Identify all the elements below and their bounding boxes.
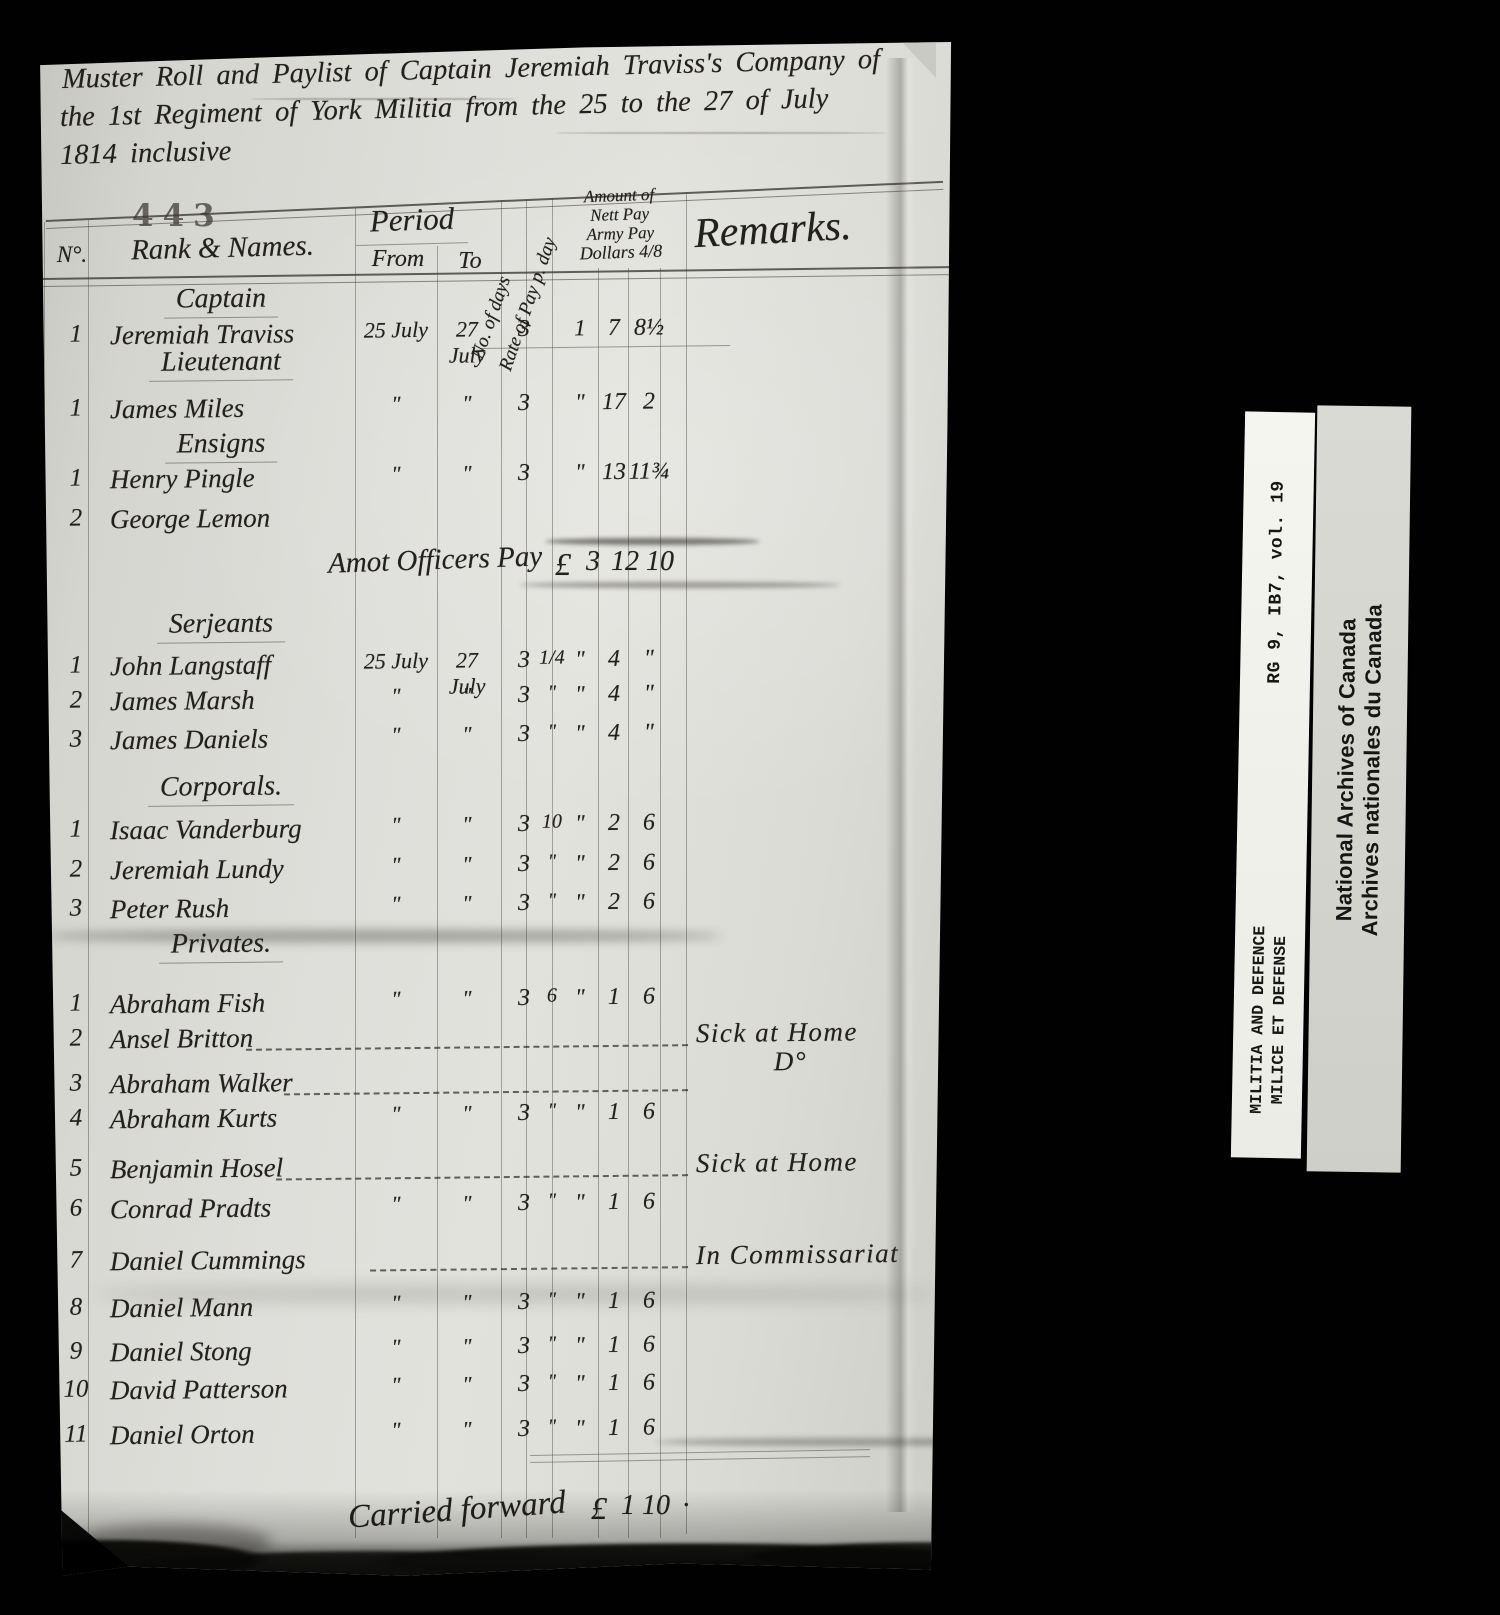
ink-smudge — [545, 538, 760, 545]
row-period-to: " — [435, 721, 499, 748]
row-name: George Lemon — [110, 501, 380, 535]
ink-smudge — [520, 582, 840, 588]
row-period-to: " — [435, 682, 499, 709]
row-amount-pence: 6 — [628, 1098, 670, 1125]
muster-row: 3James Daniels""3""4" — [36, 716, 952, 766]
row-number: 9 — [50, 1337, 102, 1366]
row-name: Isaac Vanderburg — [110, 812, 380, 846]
column-header-rank-names: Rank & Names. — [110, 229, 336, 268]
muster-row: 7Daniel CummingsIn Commissariat — [36, 1237, 952, 1287]
row-name: Daniel Orton — [110, 1417, 380, 1451]
officers-total-pence: 10 — [642, 546, 678, 578]
document-page: Muster Roll and Paylist of Captain Jerem… — [36, 42, 952, 1582]
column-header-from: From — [360, 246, 436, 273]
row-amount-pence: " — [628, 645, 670, 672]
row-amount-shillings: 4 — [596, 646, 632, 673]
row-amount-pence: 6 — [628, 809, 670, 836]
row-amount-pounds: " — [560, 681, 600, 707]
row-amount-pounds: " — [560, 1415, 600, 1441]
row-number: 4 — [50, 1104, 102, 1133]
row-amount-pence: " — [628, 680, 670, 707]
row-amount-pounds: " — [560, 1099, 600, 1125]
blank-entry-dash — [370, 1266, 688, 1271]
officers-total-shillings: 12 — [608, 546, 642, 578]
row-amount-pence: 6 — [628, 1369, 670, 1396]
row-name: Abraham Kurts — [110, 1101, 380, 1135]
column-header-remarks: Remarks. — [693, 202, 853, 258]
row-name: James Daniels — [110, 722, 380, 756]
row-number: 8 — [50, 1293, 102, 1322]
section-label: Ensigns — [136, 427, 306, 464]
pencil-mark — [250, 98, 515, 100]
section-row: Privates. — [36, 920, 952, 970]
row-number: 2 — [50, 686, 102, 715]
muster-row: 2George Lemon — [36, 495, 952, 545]
row-period-from: 25 July — [359, 317, 433, 344]
row-number: 1 — [50, 989, 102, 1018]
row-amount-shillings: 4 — [596, 681, 632, 708]
row-name: Abraham Fish — [110, 986, 380, 1020]
row-name: James Marsh — [110, 683, 380, 717]
row-name: Ansel Britton — [110, 1021, 380, 1055]
row-period-from: " — [359, 461, 433, 488]
row-period-to: " — [435, 890, 499, 917]
row-amount-shillings: 17 — [596, 389, 632, 416]
row-number: 2 — [50, 855, 102, 884]
row-name: Daniel Stong — [110, 1334, 380, 1368]
row-name: Conrad Pradts — [110, 1191, 380, 1225]
row-name: David Patterson — [110, 1372, 380, 1406]
row-period-to: " — [435, 1371, 499, 1398]
section-row: Lieutenant — [36, 338, 952, 388]
row-amount-shillings: 1 — [596, 1415, 632, 1442]
row-amount-shillings: 1 — [596, 1099, 632, 1126]
row-period-to: " — [435, 1100, 499, 1127]
muster-row: 10David Patterson""3""16 — [36, 1366, 952, 1416]
row-period-to: " — [435, 390, 499, 417]
row-name: Daniel Cummings — [110, 1243, 380, 1277]
row-number: 7 — [50, 1246, 102, 1275]
department-label: MILITIA AND DEFENCE MILICE ET DEFENSE — [1246, 926, 1292, 1115]
muster-row: 4Abraham Kurts""3""16 — [36, 1095, 952, 1145]
row-period-from: " — [359, 391, 433, 418]
department-label-fr: MILICE ET DEFENSE — [1267, 926, 1292, 1115]
row-period-to: " — [435, 1333, 499, 1360]
row-amount-pence: 6 — [628, 983, 670, 1010]
row-period-from: " — [359, 1334, 433, 1361]
row-period-to: " — [435, 811, 499, 838]
row-amount-pence: 11¾ — [628, 458, 670, 485]
row-number: 2 — [50, 504, 102, 533]
row-amount-shillings: 4 — [596, 720, 632, 747]
row-amount-pounds: " — [560, 646, 600, 672]
section-row: Corporals. — [36, 763, 952, 813]
row-days: 3 — [504, 390, 544, 417]
row-amount-pounds: " — [560, 1370, 600, 1396]
row-amount-pounds: " — [560, 720, 600, 746]
muster-row: 11Daniel Orton""3""16 — [36, 1411, 952, 1461]
row-amount-pounds: " — [560, 810, 600, 836]
ink-smudge — [656, 1438, 1036, 1446]
row-number: 3 — [50, 725, 102, 754]
row-amount-pence: 6 — [628, 888, 670, 915]
row-name: James Miles — [110, 391, 380, 425]
row-amount-pounds: 1 — [560, 315, 600, 341]
row-period-from: " — [359, 1191, 433, 1218]
row-period-to: " — [435, 1416, 499, 1443]
row-name: Benjamin Hosel — [110, 1151, 380, 1185]
row-amount-pence: 8½ — [628, 314, 670, 341]
section-label: Corporals. — [136, 770, 306, 807]
document-title-line3: 1814 inclusive — [60, 136, 232, 172]
row-name: Henry Pingle — [110, 461, 380, 495]
row-period-from: " — [359, 683, 433, 710]
row-number: 2 — [50, 1024, 102, 1053]
section-label: Serjeants — [136, 607, 306, 644]
row-period-from: " — [359, 1101, 433, 1128]
row-number: 5 — [50, 1154, 102, 1183]
ink-smudge — [42, 930, 722, 942]
row-name: Abraham Walker — [110, 1066, 380, 1100]
row-name: Peter Rush — [110, 891, 380, 925]
row-days: 3 — [504, 460, 544, 487]
row-amount-shillings: 2 — [596, 889, 632, 916]
row-period-from: 25 July — [359, 648, 433, 675]
row-number: 10 — [50, 1375, 102, 1404]
row-amount-pence: 6 — [628, 849, 670, 876]
row-amount-shillings: 1 — [596, 1332, 632, 1359]
officers-total-currency: £ — [548, 546, 578, 583]
row-amount-pounds: " — [560, 889, 600, 915]
row-name: John Langstaff — [110, 648, 380, 682]
muster-row: 6Conrad Pradts""3""16 — [36, 1185, 952, 1235]
national-archives-strip: National Archives of Canada Archives nat… — [1307, 405, 1412, 1172]
row-number: 3 — [50, 1069, 102, 1098]
officers-total-pounds: 3 — [578, 546, 608, 578]
amount-header-line4: Dollars 4/8 — [555, 241, 688, 265]
row-period-to: " — [435, 851, 499, 878]
row-number: 3 — [50, 894, 102, 923]
row-period-from: " — [359, 1417, 433, 1444]
row-period-from: " — [359, 852, 433, 879]
section-label: Lieutenant — [136, 345, 306, 382]
row-period-from: " — [359, 1372, 433, 1399]
row-amount-shillings: 7 — [596, 315, 632, 342]
archive-label-strip: RG 9, IB7, vol. 19 MILITIA AND DEFENCE M… — [1231, 411, 1315, 1158]
row-amount-pounds: " — [560, 1189, 600, 1215]
ink-smudge — [96, 1286, 936, 1302]
row-number: 1 — [50, 394, 102, 423]
row-amount-shillings: 2 — [596, 810, 632, 837]
row-period-from: " — [359, 812, 433, 839]
row-amount-pence: 6 — [628, 1331, 670, 1358]
row-amount-pounds: " — [560, 850, 600, 876]
row-amount-pounds: " — [560, 389, 600, 415]
row-amount-pence: " — [628, 719, 670, 746]
row-number: 6 — [50, 1194, 102, 1223]
row-period-to: " — [435, 460, 499, 487]
row-days: 3 — [504, 316, 544, 343]
row-number: 1 — [50, 320, 102, 349]
torn-bottom-edge — [36, 1490, 952, 1582]
row-period-from: " — [359, 986, 433, 1013]
column-header-no: N°. — [48, 242, 96, 268]
column-header-period: Period — [353, 200, 470, 240]
row-amount-shillings: 1 — [596, 1189, 632, 1216]
row-amount-pounds: " — [560, 459, 600, 485]
officers-total-label: Amot Officers Pay — [327, 540, 542, 580]
row-amount-pounds: " — [560, 984, 600, 1010]
archive-reference-label: RG 9, IB7, vol. 19 — [1265, 480, 1289, 684]
scan-background: Muster Roll and Paylist of Captain Jerem… — [0, 0, 1500, 1615]
row-amount-pounds: " — [560, 1332, 600, 1358]
row-period-to: " — [435, 985, 499, 1012]
national-archives-label: National Archives of Canada Archives nat… — [1331, 604, 1388, 937]
column-header-to: To — [440, 248, 500, 275]
row-amount-pence: 6 — [628, 1188, 670, 1215]
national-archives-label-fr: Archives nationales du Canada — [1357, 604, 1388, 937]
row-number: 1 — [50, 815, 102, 844]
row-number: 1 — [50, 464, 102, 493]
row-name: Jeremiah Lundy — [110, 852, 380, 886]
row-number: 11 — [50, 1420, 102, 1449]
row-period-from: " — [359, 891, 433, 918]
row-amount-pence: 2 — [628, 388, 670, 415]
row-amount-pence: 6 — [628, 1414, 670, 1441]
row-amount-shillings: 1 — [596, 984, 632, 1011]
row-amount-shillings: 13 — [596, 459, 632, 486]
row-period-to: " — [435, 1190, 499, 1217]
pencil-mark — [556, 132, 886, 134]
section-row: Serjeants — [36, 600, 952, 650]
rule-line — [530, 1456, 870, 1463]
section-label: Captain — [136, 282, 306, 319]
row-amount-shillings: 2 — [596, 850, 632, 877]
row-amount-shillings: 1 — [596, 1370, 632, 1397]
column-header-amount: Amount of Nett Pay Army Pay Dollars 4/8 — [553, 184, 688, 265]
row-period-from: " — [359, 722, 433, 749]
page-edge-shadow — [886, 58, 916, 1512]
row-number: 1 — [50, 651, 102, 680]
